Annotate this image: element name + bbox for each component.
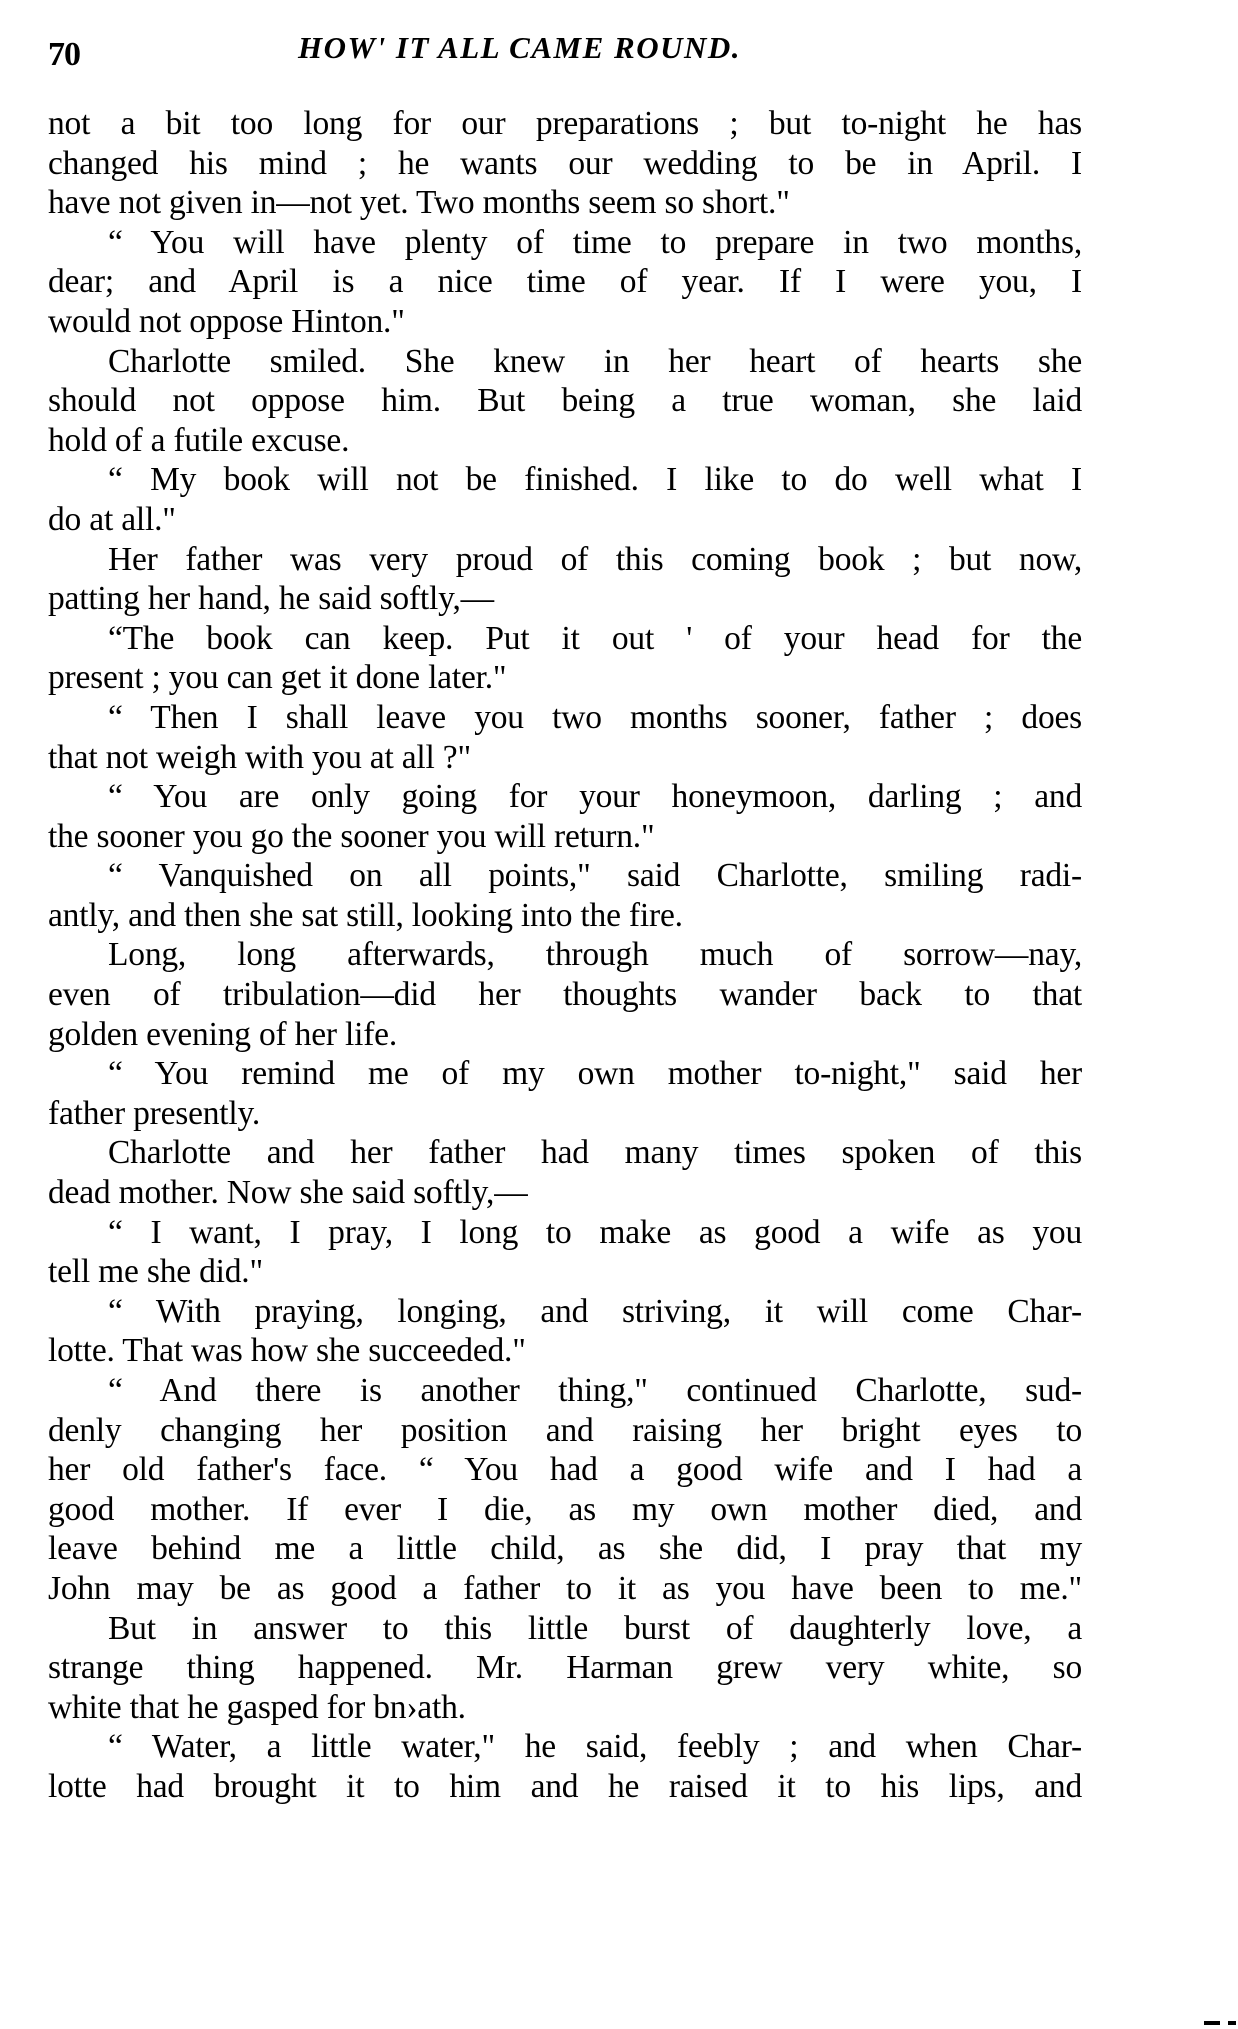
text-line: “ With praying, longing, and striving, i… (48, 1292, 1082, 1332)
running-title: HOW' IT ALL CAME ROUND. (298, 30, 741, 66)
text-line: Charlotte smiled. She knew in her heart … (48, 342, 1082, 382)
page-number: 70 (48, 36, 80, 74)
text-line: should not oppose him. But being a true … (48, 381, 1082, 421)
scan-artifact-mark (1204, 2021, 1238, 2027)
text-line: But in answer to this little burst of da… (48, 1609, 1082, 1649)
text-line: John may be as good a father to it as yo… (48, 1569, 1082, 1609)
text-line: not a bit too long for our preparations … (48, 104, 1082, 144)
text-line: “ You are only going for your honeymoon,… (48, 777, 1082, 817)
text-line: “ And there is another thing," continued… (48, 1371, 1082, 1411)
text-line: “ You remind me of my own mother to-nigh… (48, 1054, 1082, 1094)
text-line: present ; you can get it done later." (48, 658, 1082, 698)
text-line: “ My book will not be finished. I like t… (48, 460, 1082, 500)
text-line: patting her hand, he said softly,— (48, 579, 1082, 619)
text-line: white that he gasped for bn›ath. (48, 1688, 1082, 1728)
text-line: do at all." (48, 500, 1082, 540)
text-line: hold of a futile excuse. (48, 421, 1082, 461)
text-line: “ Vanquished on all points," said Charlo… (48, 856, 1082, 896)
text-line: “ Then I shall leave you two months soon… (48, 698, 1082, 738)
text-line: denly changing her position and raising … (48, 1411, 1082, 1451)
text-line: dead mother. Now she said softly,— (48, 1173, 1082, 1213)
text-line: even of tribulation—did her thoughts wan… (48, 975, 1082, 1015)
text-line: Her father was very proud of this coming… (48, 540, 1082, 580)
text-line: antly, and then she sat still, looking i… (48, 896, 1082, 936)
text-line: her old father's face. “ You had a good … (48, 1450, 1082, 1490)
text-line: “ You will have plenty of time to prepar… (48, 223, 1082, 263)
text-line: have not given in—not yet. Two months se… (48, 183, 1082, 223)
text-line: dear; and April is a nice time of year. … (48, 262, 1082, 302)
text-line: father presently. (48, 1094, 1082, 1134)
text-line: lotte had brought it to him and he raise… (48, 1767, 1082, 1807)
text-line: Charlotte and her father had many times … (48, 1133, 1082, 1173)
body-text: not a bit too long for our preparations … (48, 104, 1082, 1807)
text-line: strange thing happened. Mr. Harman grew … (48, 1648, 1082, 1688)
text-line: lotte. That was how she succeeded." (48, 1331, 1082, 1371)
text-line: the sooner you go the sooner you will re… (48, 817, 1082, 857)
text-line: good mother. If ever I die, as my own mo… (48, 1490, 1082, 1530)
text-line: tell me she did." (48, 1252, 1082, 1292)
text-line: that not weigh with you at all ?" (48, 738, 1082, 778)
running-head: 70 HOW' IT ALL CAME ROUND. (48, 30, 1082, 70)
text-line: changed his mind ; he wants our wedding … (48, 144, 1082, 184)
text-line: golden evening of her life. (48, 1015, 1082, 1055)
text-line: Long, long afterwards, through much of s… (48, 935, 1082, 975)
text-line: “ I want, I pray, I long to make as good… (48, 1213, 1082, 1253)
text-line: would not oppose Hinton." (48, 302, 1082, 342)
text-line: “The book can keep. Put it out ' of your… (48, 619, 1082, 659)
text-line: “ Water, a little water," he said, feebl… (48, 1727, 1082, 1767)
text-line: leave behind me a little child, as she d… (48, 1529, 1082, 1569)
book-page: 70 HOW' IT ALL CAME ROUND. not a bit too… (0, 0, 1238, 2029)
